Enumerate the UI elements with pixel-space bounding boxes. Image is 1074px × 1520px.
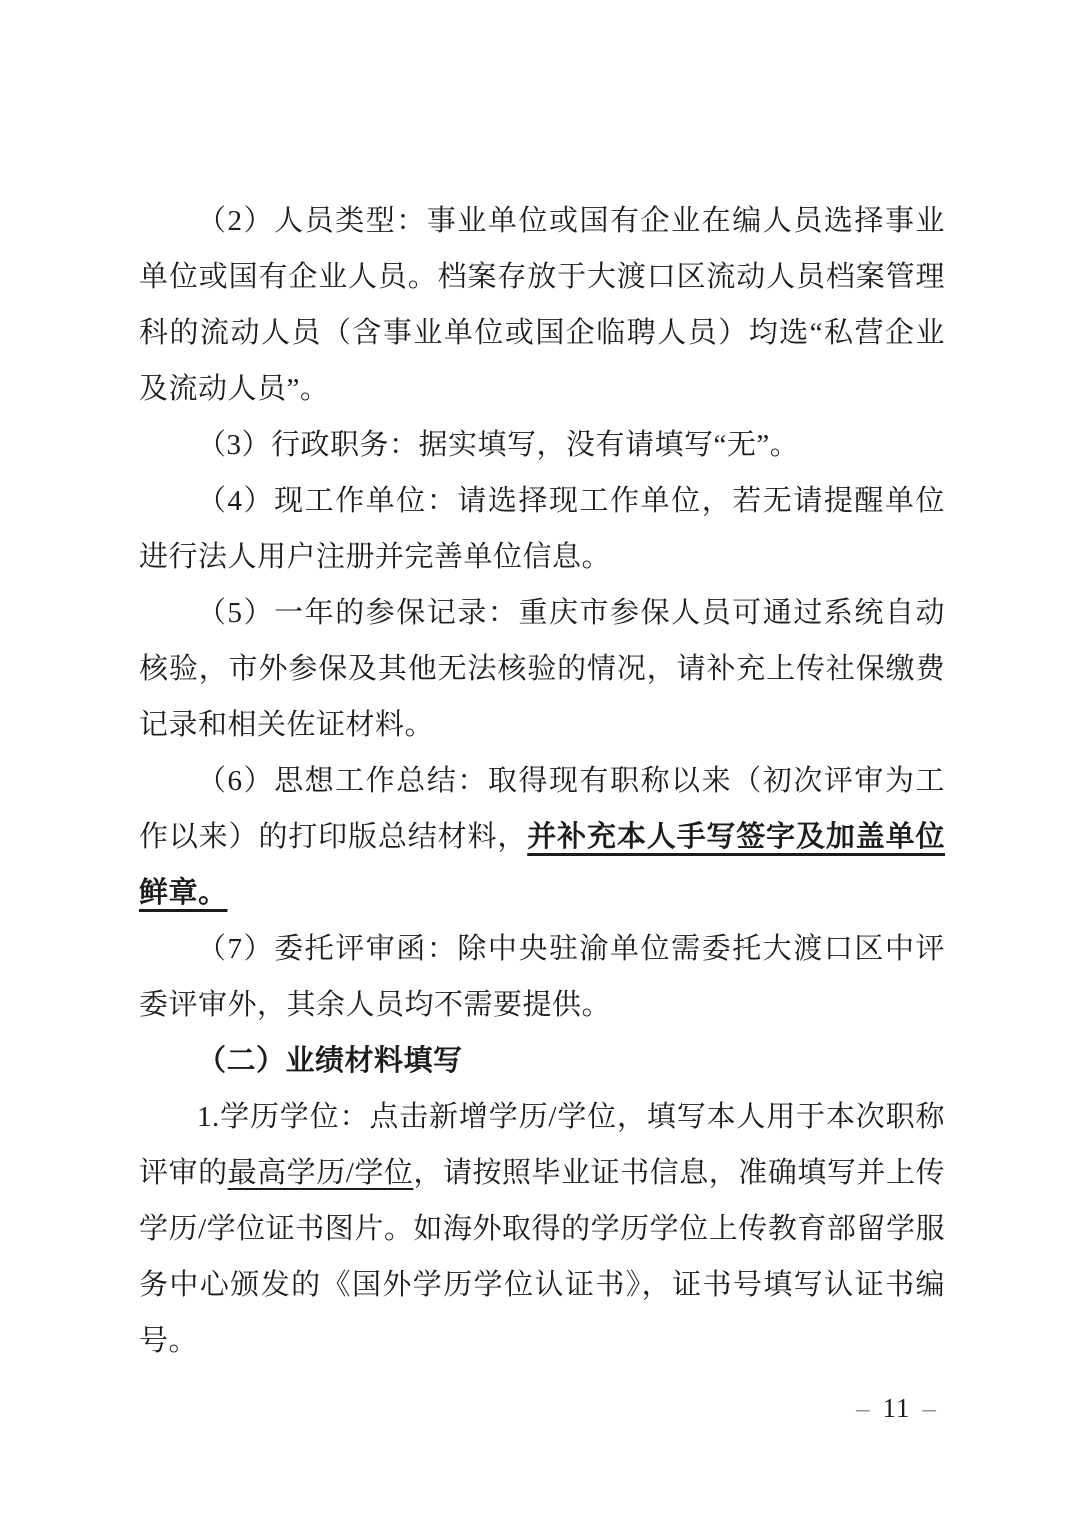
paragraph-item-3-admin-duty: （3）行政职务：据实填写，没有请填写“无”。 [139, 417, 945, 473]
page-number-dash-left: – [856, 1393, 871, 1423]
paragraph-item-1-education-degree: 1.学历学位：点击新增学历/学位，填写本人用于本次职称评审的最高学历/学位，请按… [139, 1089, 945, 1369]
paragraph-item-4-current-employer: （4）现工作单位：请选择现工作单位，若无请提醒单位进行法人用户注册并完善单位信息… [139, 473, 945, 585]
paragraph-item-7-entrust-review-letter: （7）委托评审函：除中央驻渝单位需委托大渡口区中评委评审外，其余人员均不需要提供… [139, 921, 945, 1033]
document-body: （2）人员类型：事业单位或国有企业在编人员选择事业单位或国有企业人员。档案存放于… [139, 193, 945, 1369]
document-page: （2）人员类型：事业单位或国有企业在编人员选择事业单位或国有企业人员。档案存放于… [0, 0, 1074, 1520]
text-run: （3）行政职务：据实填写，没有请填写“无”。 [197, 429, 799, 461]
underlined-text: 最高学历/学位 [228, 1157, 414, 1189]
text-run: （4）现工作单位：请选择现工作单位，若无请提醒单位进行法人用户注册并完善单位信息… [139, 485, 945, 573]
text-run: （7）委托评审函：除中央驻渝单位需委托大渡口区中评委评审外，其余人员均不需要提供… [139, 933, 945, 1021]
text-run: （5）一年的参保记录：重庆市参保人员可通过系统自动核验，市外参保及其他无法核验的… [139, 597, 945, 741]
page-number-value: 11 [883, 1393, 911, 1423]
paragraph-item-5-insurance-record: （5）一年的参保记录：重庆市参保人员可通过系统自动核验，市外参保及其他无法核验的… [139, 585, 945, 753]
paragraph-item-6-work-summary: （6）思想工作总结：取得现有职称以来（初次评审为工作以来）的打印版总结材料，并补… [139, 753, 945, 921]
section-heading-performance-materials: （二）业绩材料填写 [139, 1033, 945, 1089]
text-run: （2）人员类型：事业单位或国有企业在编人员选择事业单位或国有企业人员。档案存放于… [139, 205, 945, 405]
section-heading-text: （二）业绩材料填写 [197, 1045, 463, 1077]
paragraph-item-2-person-type: （2）人员类型：事业单位或国有企业在编人员选择事业单位或国有企业人员。档案存放于… [139, 193, 945, 417]
page-number-dash-right: – [923, 1393, 938, 1423]
page-number: –11– [856, 1390, 937, 1426]
